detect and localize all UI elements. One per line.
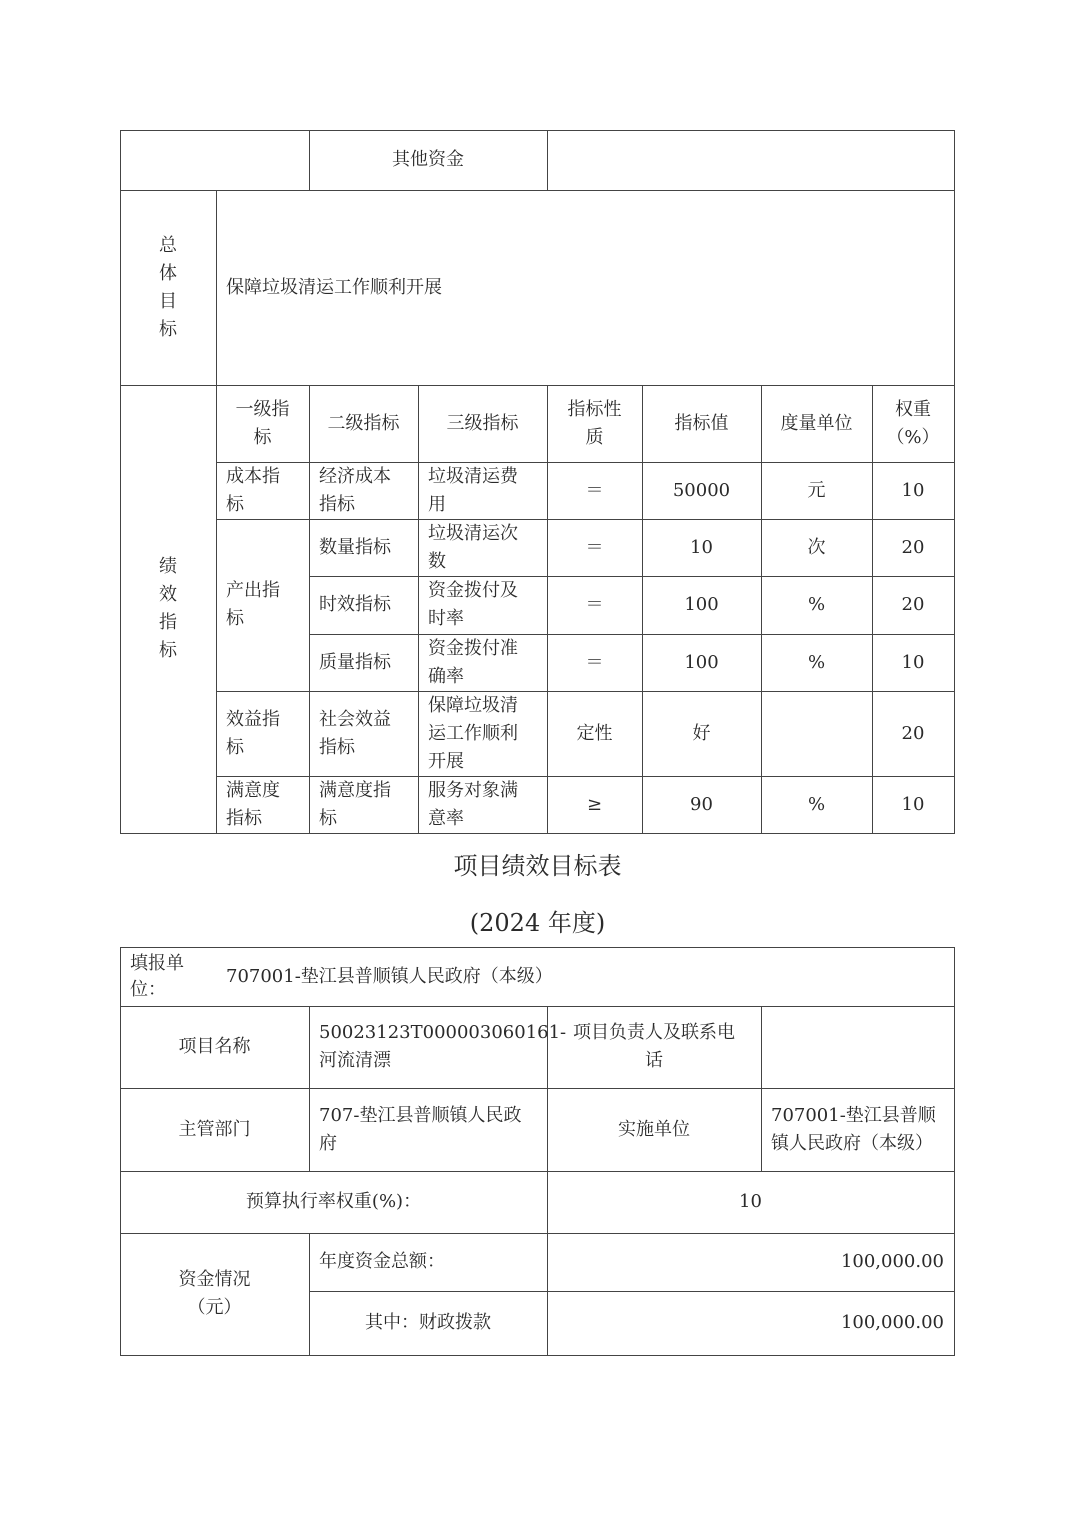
row-value: 10	[642, 519, 761, 576]
project-name-label: 项目名称	[120, 1006, 309, 1088]
row-nature: ＝	[547, 462, 642, 519]
dept-value: 707-垫江县普顺镇人民政 府	[309, 1088, 547, 1171]
row-unit	[761, 691, 872, 776]
row-nature: ＝	[547, 634, 642, 691]
row-level3: 保障垃圾清 运工作顺利 开展	[418, 691, 547, 776]
row-unit: %	[761, 776, 872, 833]
label-char: 标	[159, 316, 177, 344]
table-border	[120, 833, 955, 834]
label-char: 指	[159, 609, 177, 637]
row-level1: 成本指 标	[216, 462, 309, 519]
performance-indicators-label: 绩 效 指 标	[120, 385, 216, 833]
row-level3: 垃圾清运次 数	[418, 519, 547, 576]
row-level3: 资金拨付准 确率	[418, 634, 547, 691]
funds-label: 资金情况 （元）	[120, 1233, 309, 1355]
row-value: 100	[642, 576, 761, 634]
row-nature: ≥	[547, 776, 642, 833]
contact-value	[761, 1006, 954, 1088]
row-value: 100	[642, 634, 761, 691]
other-funds-value	[547, 130, 954, 190]
row-level2: 满意度指 标	[309, 776, 418, 833]
overall-goal-text: 保障垃圾清运工作顺利开展	[216, 190, 954, 385]
other-funds-label: 其他资金	[309, 130, 547, 190]
label-char: 目	[159, 288, 177, 316]
row-value: 50000	[642, 462, 761, 519]
row-unit: %	[761, 634, 872, 691]
project-name-value: 50023123T000003060161- 河流清漂	[309, 1006, 547, 1088]
dept-label: 主管部门	[120, 1088, 309, 1171]
row-weight: 10	[872, 776, 954, 833]
row-level1: 产出指 标	[216, 519, 309, 691]
label-char: 绩	[159, 553, 177, 581]
reporting-unit-label: 填报单 位：	[120, 947, 220, 1006]
header-level3: 三级指标	[418, 385, 547, 462]
row-level2: 时效指标	[309, 576, 418, 634]
row-value: 90	[642, 776, 761, 833]
budget-weight-label: 预算执行率权重(%)：	[120, 1171, 547, 1233]
header-unit: 度量单位	[761, 385, 872, 462]
row-value: 好	[642, 691, 761, 776]
row-level2: 质量指标	[309, 634, 418, 691]
header-nature: 指标性 质	[547, 385, 642, 462]
table-border	[120, 1355, 955, 1356]
row-unit: 次	[761, 519, 872, 576]
row-level3: 垃圾清运费 用	[418, 462, 547, 519]
label-char: 标	[159, 637, 177, 665]
row-level1: 满意度 指标	[216, 776, 309, 833]
row-level2: 社会效益 指标	[309, 691, 418, 776]
label-char: 总	[159, 232, 177, 260]
row-weight: 10	[872, 634, 954, 691]
row-level3: 服务对象满 意率	[418, 776, 547, 833]
row-nature: ＝	[547, 519, 642, 576]
contact-label: 项目负责人及联系电 话	[547, 1006, 761, 1088]
header-level1: 一级指 标	[216, 385, 309, 462]
header-weight: 权重 （%）	[872, 385, 954, 462]
impl-unit-value: 707001-垫江县普顺 镇人民政府（本级）	[761, 1088, 954, 1171]
table-border	[954, 130, 955, 834]
impl-unit-label: 实施单位	[547, 1088, 761, 1171]
page-subtitle: (2024 年度)	[120, 903, 955, 938]
page-title: 项目绩效目标表	[120, 846, 955, 881]
row-weight: 10	[872, 462, 954, 519]
row-unit: %	[761, 576, 872, 634]
overall-goal-label: 总 体 目 标	[120, 190, 216, 385]
row-level2: 数量指标	[309, 519, 418, 576]
table-border	[954, 947, 955, 1356]
annual-total-value: 100,000.00	[547, 1233, 954, 1291]
row-weight: 20	[872, 576, 954, 634]
label-char: 体	[159, 260, 177, 288]
fiscal-allocation-label: 其中：财政拨款	[309, 1291, 547, 1355]
row-unit: 元	[761, 462, 872, 519]
row-weight: 20	[872, 691, 954, 776]
label-char: 效	[159, 581, 177, 609]
header-level2: 二级指标	[309, 385, 418, 462]
row-level2: 经济成本 指标	[309, 462, 418, 519]
row-nature: 定性	[547, 691, 642, 776]
row-weight: 20	[872, 519, 954, 576]
row-level1: 效益指 标	[216, 691, 309, 776]
row-level3: 资金拨付及 时率	[418, 576, 547, 634]
header-value: 指标值	[642, 385, 761, 462]
fiscal-allocation-value: 100,000.00	[547, 1291, 954, 1355]
reporting-unit-value: 707001-垫江县普顺镇人民政府（本级）	[216, 947, 954, 1006]
annual-total-label: 年度资金总额：	[309, 1233, 547, 1291]
row-nature: ＝	[547, 576, 642, 634]
budget-weight-value: 10	[547, 1171, 954, 1233]
